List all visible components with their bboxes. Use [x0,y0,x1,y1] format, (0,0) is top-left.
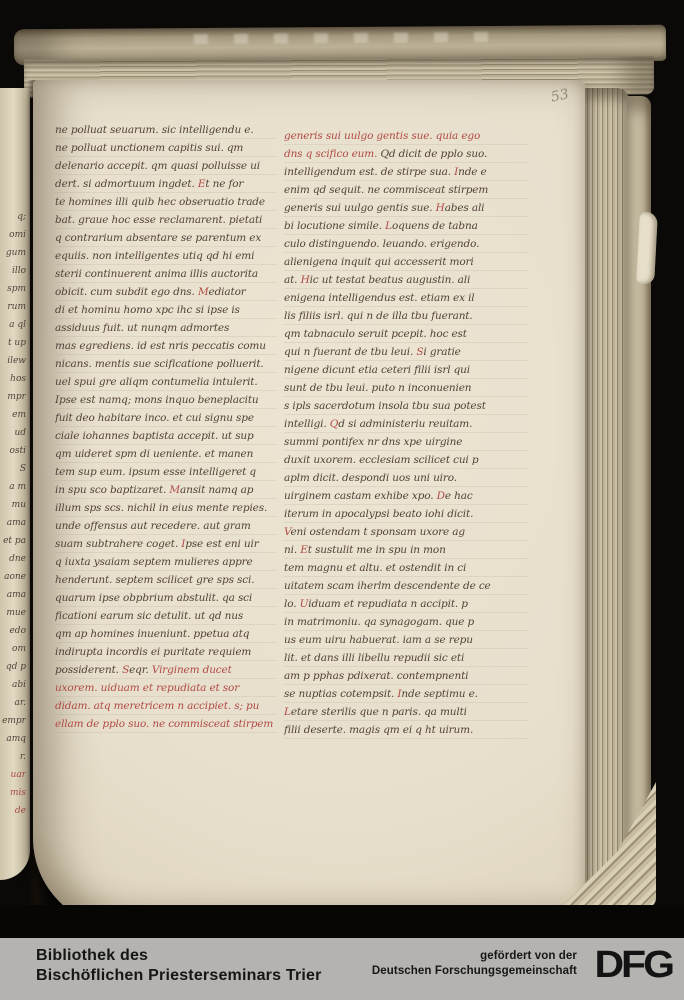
library-name: Bibliothek des Bischöflichen Priestersem… [36,946,322,985]
manuscript-line: in spu sco baptizaret. Mansit namq ap [55,481,277,499]
dfg-logo: DFG [594,943,672,986]
manuscript-text-segment: Virginem ducet [152,664,232,676]
manuscript-text-segment: i gratie [423,346,460,358]
manuscript-text-segment: in spu sco baptizaret. [55,484,169,496]
manuscript-line: mu [0,496,26,514]
manuscript-text-segment: bat. graue hoc esse reclamarent. pietati [55,214,262,226]
manuscript-line: illum sps scs. nichil in eius mente repi… [55,499,277,517]
manuscript-text-segment: edo [9,626,26,636]
manuscript-text-segment: us eum uiru habuerat. iam a se repu [284,634,473,646]
facing-page-text-fragments: q;omigumillospmruma qlt upilewhosmpremud… [0,208,26,828]
manuscript-line: tem sup eum. ipsum esse intelligeret q [55,463,277,481]
manuscript-text-segment: s ipls sacerdotum insola tbu sua potest [284,400,486,412]
manuscript-line: lo. Uiduam et repudiata n accipit. p [284,595,528,613]
manuscript-text-segment: q; [17,212,26,222]
funding-credit-line2: Deutschen Forschungsgemeinschaft [372,964,577,979]
manuscript-text-segment: tem magnu et altu. et ostendit in ci [284,562,466,574]
manuscript-text-segment: ne polluat seuarum. sic intelligendu e. [55,124,254,136]
manuscript-text-segment: t ne for [205,178,243,190]
manuscript-text-segment: abes ali [445,202,485,214]
funding-credit: gefördert von der Deutschen Forschungsge… [372,949,577,978]
manuscript-text-segment: t sustulit me in spu in mon [308,544,446,556]
manuscript-line: spm [0,280,26,298]
manuscript-text-segment: etare sterilis que n paris. qa multi [291,706,467,718]
manuscript-text-segment: lit. et dans illi libellu repudii sic et… [284,652,464,664]
manuscript-line: mis [0,784,26,802]
manuscript-text-segment: alienigena inquit qui accesserit mori [284,256,474,268]
manuscript-text-segment: uirginem castam exhibe xpo. [284,490,437,502]
manuscript-text-segment: mue [6,608,26,618]
manuscript-line: ama [0,514,26,532]
manuscript-line: Letare sterilis que n paris. qa multi [284,703,528,721]
manuscript-line: hos [0,370,26,388]
manuscript-text-segment: dns q scifico eum. [284,148,380,160]
manuscript-text-segment: em [12,410,26,420]
manuscript-text-segment: spm [7,284,26,294]
manuscript-text-segment: didam. atq meretricem n accipiet. s; pu [55,700,259,712]
manuscript-line: dert. si admortuum ingdet. Et ne for [55,175,277,193]
manuscript-text-segment: illum sps scs. nichil in eius mente repi… [55,502,267,514]
manuscript-line: filii deserte. magis qm ei q ht uirum. [284,721,528,739]
manuscript-line: empr [0,712,26,730]
manuscript-text-segment: q contrarium absentare se parentum ex [55,232,261,244]
manuscript-text-segment: t up [8,338,26,348]
manuscript-text-segment: ficationi earum sic detulit. ut qd nus [55,610,243,622]
manuscript-text-segment: iterum in apocalypsi beato iohi dicit. [284,508,473,520]
manuscript-text-segment: aplm dicit. despondi uos uni uiro. [284,472,457,484]
manuscript-line: henderunt. septem scilicet gre sps sci. [55,571,277,589]
manuscript-text-segment: obicit. cum subdit ego dns. [55,286,198,298]
manuscript-line: ne polluat seuarum. sic intelligendu e. [55,121,277,139]
manuscript-line: om [0,640,26,658]
manuscript-line: illo [0,262,26,280]
manuscript-line: q; [0,208,26,226]
manuscript-text-segment: ar. [14,698,26,708]
manuscript-line: indirupta incordis ei puritate requiem [55,643,277,661]
manuscript-line: nigene dicunt etia ceteri filii isrl qui [284,361,528,379]
manuscript-text-segment: pse est eni uir [185,538,258,550]
library-name-line2: Bischöflichen Priesterseminars Trier [36,966,322,986]
manuscript-text-segment: tem sup eum. ipsum esse intelligeret q [55,466,256,478]
manuscript-line: em [0,406,26,424]
manuscript-text-segment: E [300,544,308,556]
manuscript-text-segment: filii deserte. magis qm ei q ht uirum. [284,724,473,736]
manuscript-text-segment: intelligi. [284,418,330,430]
manuscript-text-segment: a ql [9,320,26,330]
manuscript-line: enim qd sequit. ne commisceat stirpem [284,181,528,199]
manuscript-line: sunt de tbu leui. puto n inconuenien [284,379,528,397]
manuscript-line: omi [0,226,26,244]
manuscript-text-segment: equiis. non intelligentes utiq qd hi emi [55,250,254,262]
manuscript-text-segment: uar [11,770,26,780]
library-name-line1: Bibliothek des [36,946,322,966]
manuscript-text-segment: gum [6,248,26,258]
parchment-tab [636,212,658,285]
manuscript-text-segment: sterii continuerent anima illis auctorit… [55,268,258,280]
manuscript-line: q iuxta ysaiam septem mulieres appre [55,553,277,571]
manuscript-line: enigena intelligendus est. etiam ex il [284,289,528,307]
manuscript-text-segment: om [12,644,26,654]
manuscript-text-segment: uxorem. uiduam et repudiata et sor [55,682,239,694]
manuscript-text-segment: dne [9,554,26,564]
manuscript-text-segment: sunt de tbu leui. puto n inconuenien [284,382,471,394]
manuscript-text-segment: mpr [7,392,26,402]
manuscript-text-segment: qd p [6,662,26,672]
manuscript-text-segment: ciale iohannes baptista accepit. ut sup [55,430,254,442]
manuscript-text-segment: r. [20,752,26,762]
manuscript-line: a ql [0,316,26,334]
manuscript-text-segment: henderunt. septem scilicet gre sps sci. [55,574,254,586]
fore-edge-page-stack [585,88,629,910]
facing-page-strip: q;omigumillospmruma qlt upilewhosmpremud… [0,88,30,880]
manuscript-line: generis sui uulgo gentis sue. quia ego [284,127,528,145]
manuscript-line: et pa [0,532,26,550]
manuscript-line: S [0,460,26,478]
manuscript-line: Ipse est namq; mons inquo beneplacitu [55,391,277,409]
manuscript-text-segment: enim qd sequit. ne commisceat stirpem [284,184,488,196]
manuscript-line: obicit. cum subdit ego dns. Mediator [55,283,277,301]
manuscript-text-segment: q iuxta ysaiam septem mulieres appre [55,556,253,568]
manuscript-text-segment: nde e [458,166,487,178]
manuscript-line: ar. [0,694,26,712]
manuscript-text-segment: bi locutione simile. [284,220,385,232]
manuscript-line: abi [0,676,26,694]
manuscript-text-segment: iduam et repudiata n accipit. p [308,598,468,610]
manuscript-text-segment: D [437,490,445,502]
manuscript-text-segment: in matrimoniu. qa synagogam. que p [284,616,474,628]
manuscript-line: lis filiis isrl. qui n de illa tbu fuera… [284,307,528,325]
manuscript-line: nicans. mentis sue scificatione pollueri… [55,355,277,373]
manuscript-line: mpr [0,388,26,406]
manuscript-line: Veni ostendam t sponsam uxore ag [284,523,528,541]
manuscript-text-segment: assiduus fuit. ut nunqm admortes [55,322,229,334]
manuscript-line: t up [0,334,26,352]
manuscript-text-segment: et pa [3,536,26,546]
manuscript-text-segment: aone [4,572,26,582]
manuscript-line: assiduus fuit. ut nunqm admortes [55,319,277,337]
footer-bar: Bibliothek des Bischöflichen Priestersem… [0,938,684,1000]
manuscript-text-segment: generis sui uulgo gentis sue. quia ego [284,130,480,142]
manuscript-line: qm uideret spm di ueniente. et manen [55,445,277,463]
manuscript-line: a m [0,478,26,496]
manuscript-line: se nuptias cotempsit. Inde septimu e. [284,685,528,703]
manuscript-line: intelligi. Qd si administeriu reuitam. [284,415,528,433]
manuscript-line: qd p [0,658,26,676]
manuscript-line: di et hominu homo xpc ihc si ipse is [55,301,277,319]
manuscript-text-segment: fuit deo habitare inco. et cui signu spe [55,412,254,424]
right-text-column: generis sui uulgo gentis sue. quia egodn… [284,127,528,741]
manuscript-line: qm tabnaculo seruit pcepit. hoc est [284,325,528,343]
manuscript-text-segment: oquens de tabna [392,220,478,232]
manuscript-text-segment: suam subtrahere coget. [55,538,181,550]
manuscript-text-segment: abi [12,680,26,690]
manuscript-text-segment: e hac [445,490,473,502]
manuscript-text-segment: delenario accepit. qm quasi polluisse ui [55,160,260,172]
manuscript-line: in matrimoniu. qa synagogam. que p [284,613,528,631]
manuscript-text-segment: ama [7,590,26,600]
manuscript-text-segment: ama [7,518,26,528]
manuscript-text-segment: qm tabnaculo seruit pcepit. hoc est [284,328,467,340]
manuscript-line: aone [0,568,26,586]
manuscript-line: aplm dicit. despondi uos uni uiro. [284,469,528,487]
book-photograph: q;omigumillospmruma qlt upilewhosmpremud… [0,0,684,1000]
manuscript-line: bat. graue hoc esse reclamarent. pietati [55,211,277,229]
manuscript-text-segment: qui n fuerant de tbu leui. [284,346,416,358]
manuscript-line: possiderent. Seqr. Virginem ducet [55,661,277,679]
manuscript-text-segment: quarum ipse obpbrium abstulit. qa sci [55,592,252,604]
manuscript-text-segment: de [15,806,26,816]
manuscript-text-segment: Qd dicit de pplo suo. [380,148,487,160]
manuscript-text-segment: hos [10,374,26,384]
manuscript-line: uar [0,766,26,784]
manuscript-line: ellam de pplo suo. ne commisceat stirpem [55,715,277,733]
manuscript-text-segment: H [436,202,445,214]
manuscript-line: suam subtrahere coget. Ipse est eni uir [55,535,277,553]
manuscript-text-segment: ediator [209,286,246,298]
manuscript-text-segment: se nuptias cotempsit. [284,688,397,700]
manuscript-text-segment: ilew [7,356,26,366]
manuscript-text-segment: omi [9,230,26,240]
manuscript-line: qm ap homines inueniunt. ppetua atq [55,625,277,643]
manuscript-line: tem magnu et altu. et ostendit in ci [284,559,528,577]
manuscript-text-segment: a m [9,482,26,492]
manuscript-text-segment: eni ostendam t sponsam uxore ag [290,526,464,538]
manuscript-line: ficationi earum sic detulit. ut qd nus [55,607,277,625]
manuscript-text-segment: S [20,464,26,474]
manuscript-line: s ipls sacerdotum insola tbu sua potest [284,397,528,415]
manuscript-text-segment: ni. [284,544,300,556]
manuscript-line: osti [0,442,26,460]
manuscript-text-segment: di et hominu homo xpc ihc si ipse is [55,304,240,316]
manuscript-text-segment: intelligendum est. de stirpe sua. [284,166,454,178]
manuscript-line: quarum ipse obpbrium abstulit. qa sci [55,589,277,607]
manuscript-text-segment: mas egrediens. id est nris peccatis comu [55,340,266,352]
manuscript-line: didam. atq meretricem n accipiet. s; pu [55,697,277,715]
manuscript-line: us eum uiru habuerat. iam a se repu [284,631,528,649]
manuscript-text-segment: qm uideret spm di ueniente. et manen [55,448,253,460]
manuscript-text-segment: L [284,706,291,718]
manuscript-text-segment: am p pphas pdixerat. contempnenti [284,670,468,682]
manuscript-text-segment: osti [9,446,26,456]
manuscript-line: unde offensus aut recedere. aut gram [55,517,277,535]
manuscript-line: ud [0,424,26,442]
manuscript-text-segment: unde offensus aut recedere. aut gram [55,520,251,532]
manuscript-text-segment: U [300,598,309,610]
funding-credit-line1: gefördert von der [372,949,577,964]
manuscript-text-segment: indirupta incordis ei puritate requiem [55,646,251,658]
manuscript-line: mue [0,604,26,622]
manuscript-text-segment: uel spui gre aliqm contumelia intulerit. [55,376,258,388]
manuscript-line: intelligendum est. de stirpe sua. Inde e [284,163,528,181]
digitized-manuscript-scan: q;omigumillospmruma qlt upilewhosmpremud… [0,0,684,1000]
manuscript-text-segment: Q [330,418,338,430]
manuscript-text-segment: illo [12,266,26,276]
manuscript-line: ni. Et sustulit me in spu in mon [284,541,528,559]
manuscript-line: summi pontifex nr dns xpe uirgine [284,433,528,451]
manuscript-line: delenario accepit. qm quasi polluisse ui [55,157,277,175]
manuscript-text-segment: mis [10,788,26,798]
manuscript-text-segment: dert. si admortuum ingdet. [55,178,198,190]
manuscript-line: mas egrediens. id est nris peccatis comu [55,337,277,355]
manuscript-text-segment: at. [284,274,301,286]
manuscript-text-segment: possiderent. [55,664,122,676]
manuscript-line: ilew [0,352,26,370]
manuscript-text-segment: ellam de pplo suo. ne commisceat stirpem [55,718,273,730]
manuscript-line: rum [0,298,26,316]
manuscript-line: lit. et dans illi libellu repudii sic et… [284,649,528,667]
photograph-lower-background [0,905,684,938]
manuscript-line: duxit uxorem. ecclesiam scilicet cui p [284,451,528,469]
manuscript-text-segment: d si administeriu reuitam. [338,418,472,430]
manuscript-line: sterii continuerent anima illis auctorit… [55,265,277,283]
manuscript-text-segment: lo. [284,598,300,610]
manuscript-text-segment: duxit uxorem. ecclesiam scilicet cui p [284,454,478,466]
manuscript-line: q contrarium absentare se parentum ex [55,229,277,247]
manuscript-line: uxorem. uiduam et repudiata et sor [55,679,277,697]
manuscript-text-segment: Ipse est namq; mons inquo beneplacitu [55,394,259,406]
manuscript-line: uirginem castam exhibe xpo. De hac [284,487,528,505]
manuscript-text-segment: empr [2,716,26,726]
manuscript-line: ama [0,586,26,604]
manuscript-line: dne [0,550,26,568]
manuscript-text-segment: M [169,484,180,496]
manuscript-line: r. [0,748,26,766]
manuscript-text-segment: qm ap homines inueniunt. ppetua atq [55,628,249,640]
manuscript-line: equiis. non intelligentes utiq qd hi emi [55,247,277,265]
manuscript-line: amq [0,730,26,748]
manuscript-line: edo [0,622,26,640]
manuscript-line: uel spui gre aliqm contumelia intulerit. [55,373,277,391]
manuscript-text-segment: M [198,286,209,298]
manuscript-line: ne polluat unctionem capitis sui. qm [55,139,277,157]
manuscript-line: am p pphas pdixerat. contempnenti [284,667,528,685]
manuscript-text-segment: lis filiis isrl. qui n de illa tbu fuera… [284,310,473,322]
manuscript-line: iterum in apocalypsi beato iohi dicit. [284,505,528,523]
manuscript-line: uitatem scam iherlm descendente de ce [284,577,528,595]
manuscript-line: de [0,802,26,820]
manuscript-line: gum [0,244,26,262]
manuscript-text-segment: te homines illi quib hec obseruatio trad… [55,196,265,208]
manuscript-text-segment: culo distinguendo. leuando. erigendo. [284,238,479,250]
manuscript-text-segment: uitatem scam iherlm descendente de ce [284,580,491,592]
manuscript-text-segment: enigena intelligendus est. etiam ex il [284,292,475,304]
manuscript-text-segment: amq [6,734,26,744]
manuscript-text-segment: generis sui uulgo gentis sue. [284,202,436,214]
manuscript-text-segment: nde septimu e. [401,688,477,700]
manuscript-text-segment: mu [12,500,26,510]
manuscript-line: qui n fuerant de tbu leui. Si gratie [284,343,528,361]
manuscript-text-segment: summi pontifex nr dns xpe uirgine [284,436,462,448]
manuscript-text-segment: ne polluat unctionem capitis sui. qm [55,142,243,154]
manuscript-line: dns q scifico eum. Qd dicit de pplo suo. [284,145,528,163]
manuscript-text-segment: L [385,220,392,232]
manuscript-text-segment: ud [14,428,26,438]
manuscript-line: ciale iohannes baptista accepit. ut sup [55,427,277,445]
manuscript-line: fuit deo habitare inco. et cui signu spe [55,409,277,427]
left-text-column: ne polluat seuarum. sic intelligendu e.n… [55,121,277,735]
manuscript-line: culo distinguendo. leuando. erigendo. [284,235,528,253]
manuscript-text-segment: eqr. [129,664,152,676]
manuscript-line: generis sui uulgo gentis sue. Habes ali [284,199,528,217]
manuscript-line: at. Hic ut testat beatus augustin. ali [284,271,528,289]
manuscript-text-segment: H [301,274,310,286]
manuscript-line: alienigena inquit qui accesserit mori [284,253,528,271]
manuscript-text-segment: nicans. mentis sue scificatione pollueri… [55,358,264,370]
manuscript-line: bi locutione simile. Loquens de tabna [284,217,528,235]
manuscript-text-segment: nigene dicunt etia ceteri filii isrl qui [284,364,470,376]
manuscript-text-segment: ic ut testat beatus augustin. ali [310,274,471,286]
manuscript-line: te homines illi quib hec obseruatio trad… [55,193,277,211]
manuscript-text-segment: ansit namq ap [180,484,253,496]
manuscript-text-segment: rum [7,302,26,312]
